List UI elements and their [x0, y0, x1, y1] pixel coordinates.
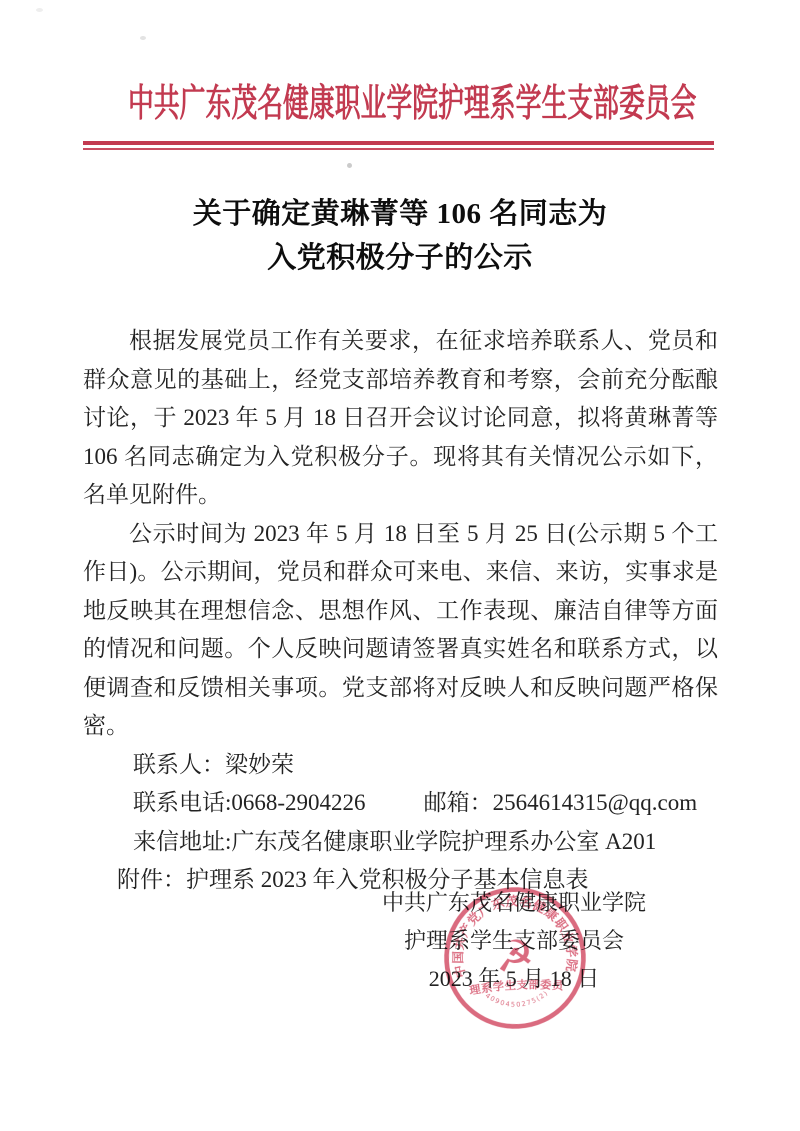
official-seal: 中国共产党广东茂名健康职业学院 ☭ 护理系学生支部委员会 4090450275(…	[436, 879, 594, 1037]
scan-speck	[347, 163, 352, 168]
letterhead-org-name: 中共广东茂名健康职业学院护理系学生支部委员会	[128, 72, 672, 127]
hammer-sickle-icon: ☭	[494, 931, 535, 983]
contact-email: 邮箱：2564614315@qq.com	[424, 790, 698, 815]
document-page: 中共广东茂名健康职业学院护理系学生支部委员会 关于确定黄琳菁等 106 名同志为…	[0, 0, 800, 1131]
document-title-line2: 入党积极分子的公示	[0, 236, 800, 280]
contact-phone: 联系电话:0668-2904226	[133, 790, 366, 815]
contact-phone-email: 联系电话:0668-2904226邮箱：2564614315@qq.com	[83, 784, 718, 823]
divider-thick-line	[83, 141, 714, 145]
document-body: 根据发展党员工作有关要求，在征求培养联系人、党员和群众意见的基础上，经党支部培养…	[83, 322, 718, 900]
contact-address: 来信地址:广东茂名健康职业学院护理系办公室 A201	[83, 823, 718, 862]
document-title-line1: 关于确定黄琳菁等 106 名同志为	[0, 192, 800, 236]
scan-speck	[36, 8, 43, 12]
letterhead-divider	[83, 141, 714, 150]
paragraph-publicity-period: 公示时间为 2023 年 5 月 18 日至 5 月 25 日(公示期 5 个工…	[83, 515, 718, 746]
scan-speck	[140, 36, 146, 40]
paragraph-decision: 根据发展党员工作有关要求，在征求培养联系人、党员和群众意见的基础上，经党支部培养…	[83, 322, 718, 515]
contact-person: 联系人：梁妙荣	[83, 746, 718, 785]
divider-thin-line	[83, 148, 714, 150]
document-title: 关于确定黄琳菁等 106 名同志为 入党积极分子的公示	[0, 192, 800, 280]
